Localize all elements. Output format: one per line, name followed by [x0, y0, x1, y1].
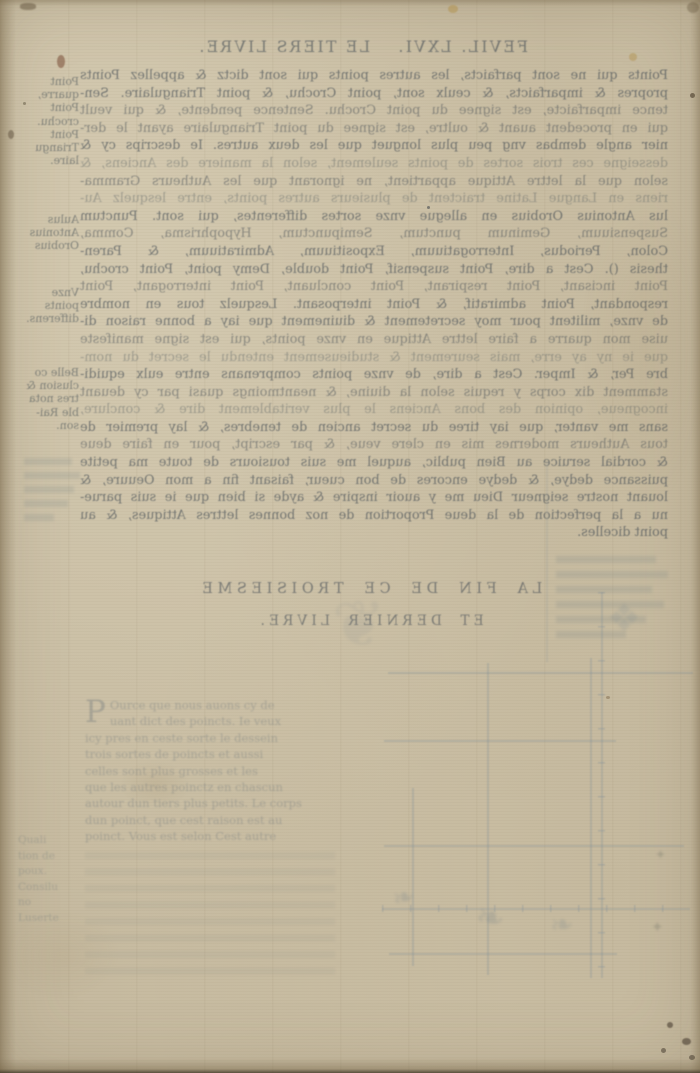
ghost-line: uant dict des poincts. Ie veux — [85, 713, 337, 729]
ghost-grid-line — [412, 788, 414, 966]
ghost-faded-lines — [85, 852, 335, 984]
small-ornament-icon: ✦ — [655, 848, 666, 863]
body-line: sans me vanter, que iay tiree du secret … — [80, 419, 668, 437]
ink-speck — [57, 55, 65, 68]
ink-speck — [448, 5, 458, 13]
body-line: nu a la perfection de la deue Proportion… — [80, 507, 668, 525]
ghost-grid-ruler — [601, 592, 603, 978]
ink-speck — [606, 696, 610, 699]
ghost-margin-fragments: Qualition depoux.ConsilunoLuserte — [18, 833, 88, 926]
folio-number: FEVIL. LXVI. — [396, 38, 528, 56]
margin-note-line: Triangu — [5, 141, 79, 154]
leaf-ornament-icon: ❧ — [473, 896, 508, 940]
paper-stain — [120, 760, 190, 808]
margin-note-line: Antonius — [5, 226, 79, 239]
body-line: desseigne ces trois sortes de points seu… — [80, 155, 668, 173]
ghost-fragment: Quali — [18, 833, 88, 849]
paper-stain — [0, 910, 120, 1000]
page-edge-left — [0, 0, 16, 1073]
ghost-drop-cap: P — [85, 698, 106, 726]
ghost-text-bar — [24, 472, 80, 479]
body-line: nier angle dembas vng peu plus longuet q… — [80, 137, 668, 155]
ghost-line: poinct. Vous est selon Cest autre — [85, 828, 337, 844]
margin-note-line: Point — [5, 101, 79, 114]
page-edge-shadow — [0, 1069, 700, 1073]
margin-note-group: Belle coclusion &tres notable Rai-son. — [5, 366, 79, 432]
ink-speck — [682, 1038, 691, 1045]
leaf-ornament-icon: ❧ — [549, 907, 575, 942]
ghost-text-bar — [24, 514, 54, 521]
margin-note-line: points — [5, 299, 79, 312]
ghost-grid-line — [388, 672, 693, 674]
body-line: tence imparfaicte, est signee du point C… — [80, 102, 668, 120]
ghost-grid-line — [384, 845, 684, 847]
body-line: puissance dedye, & dedye encores de bon … — [80, 472, 668, 490]
body-line: respondant, Point admiratif, & Point int… — [80, 296, 668, 314]
diamond-ornament-icon: ❖ — [607, 596, 641, 640]
ghost-grid-ruler — [382, 908, 690, 910]
ghost-fragment: no — [18, 895, 88, 911]
margin-note-line: Aulus — [5, 213, 79, 226]
ghost-paragraph-lines: Ource que nous auons cy deuant dict des … — [85, 697, 337, 845]
ghost-text-bar — [24, 458, 72, 465]
body-line: & cordial seruice au Bien public, auquel… — [80, 454, 668, 472]
fleuron-ornament-icon: ❦ — [332, 588, 386, 662]
margin-note-group: Vnzepointsdifferens. — [5, 286, 79, 326]
ghost-text-bar — [556, 571, 668, 578]
margin-note-line: Belle co — [5, 366, 79, 379]
ghost-line: que les autres poinctz en chascun — [85, 779, 337, 795]
small-ornament-icon: ✦ — [651, 918, 664, 936]
body-line: point dicelles. — [80, 524, 668, 542]
body-line: lus Antonius Orobius en allegue vnze sor… — [80, 208, 668, 226]
ghost-fragment: Luserte — [18, 911, 88, 927]
ghost-line: icy pres en ceste sorte le dessein — [85, 730, 337, 746]
body-line: propres & imparfaicts, & ceulx sont, poi… — [80, 85, 668, 103]
body-line: Suspensiuum, Geminum punctum, Semipunctu… — [80, 225, 668, 243]
ghost-text-bar — [24, 486, 74, 493]
body-line: bre Per, & Imper. Cest a dire, de vnze p… — [80, 366, 668, 384]
margin-note-line: Point — [5, 128, 79, 141]
body-line: Colon, Periodus, Interrogatiuum, Exposit… — [80, 243, 668, 261]
ink-speck — [661, 1048, 666, 1053]
margin-note-line: crochu. — [5, 115, 79, 128]
body-line: selon que la lettre Attique appartient, … — [80, 173, 668, 191]
margin-note-line: ble Rai- — [5, 406, 79, 419]
margin-note-line: Orobius — [5, 239, 79, 252]
page-edge-top — [0, 0, 700, 6]
ink-speck — [23, 102, 26, 105]
ink-speck — [427, 206, 430, 209]
body-line: qui en procedent auant & oultre, est sig… — [80, 120, 668, 138]
margin-note-line: son. — [5, 419, 79, 432]
ink-speck — [667, 1022, 673, 1028]
ghost-grid-line — [389, 953, 617, 955]
ghost-grid-line — [590, 658, 592, 978]
body-line: que ie ny ay erre, mais seurement & stud… — [80, 349, 668, 367]
ghost-fragment: tion de — [18, 849, 88, 865]
body-line: thesis (). Cest a dire, Point suspensif,… — [80, 261, 668, 279]
margin-note-line: Point — [5, 75, 79, 88]
ghost-line: celles sont plus grosses et les — [85, 763, 337, 779]
ghost-grid-line — [546, 462, 548, 662]
margin-note-line: differens. — [5, 312, 79, 325]
body-line: stamment dix corps y requis selon la diu… — [80, 384, 668, 402]
body-line: Point incisant, Point respirant, Point c… — [80, 278, 668, 296]
margin-note-group: AulusAntoniusOrobius — [5, 213, 79, 253]
margin-note-line: Vnze — [5, 286, 79, 299]
ghost-line: trois sortes de poincts et aussi — [85, 746, 337, 762]
margin-note-line: laire. — [5, 154, 79, 167]
ghost-line: autour dun tiers plus petits. Le corps — [85, 795, 337, 811]
margin-note-line: quarre, — [5, 88, 79, 101]
running-header: FEVIL. LXVI. LE TIERS LIVRE. — [0, 38, 700, 56]
page-edge-right — [691, 0, 700, 1073]
body-line: incogneue, opinion des bons Anciens le p… — [80, 401, 668, 419]
body-line: riens en Langue Latine traictent de plus… — [80, 190, 668, 208]
ghost-text-bar — [556, 556, 656, 563]
margin-note-group: Pointquarre,Pointcrochu.PointTriangulair… — [5, 75, 79, 167]
body-line: uise mon quarre a faire lettre Attique e… — [80, 331, 668, 349]
body-line: louant nostre seigneur Dieu me y auoir i… — [80, 489, 668, 507]
ghost-line: dun poinct, que cest raison est au — [85, 812, 337, 828]
ghost-line: Ource que nous auons cy de — [85, 697, 337, 713]
body-line: tous Autheurs modernes mis en clere veue… — [80, 436, 668, 454]
book-page-scan: FEVIL. LXVI. LE TIERS LIVRE. Points qui … — [0, 0, 700, 1073]
body-line: Points qui ne sont parfaicts, les autres… — [80, 67, 668, 85]
ghost-grid-line — [384, 740, 616, 742]
body-line: de vnze, militent pour moy secretement &… — [80, 313, 668, 331]
book-title: LE TIERS LIVRE. — [197, 38, 370, 56]
ghost-text-bar — [24, 500, 68, 507]
ghost-fragment: Consilu — [18, 880, 88, 896]
margin-note-line: tres nota — [5, 392, 79, 405]
ink-speck — [629, 53, 637, 61]
margin-note-line: clusion & — [5, 379, 79, 392]
paper-stain — [580, 180, 700, 510]
ghost-paragraph: P Ource que nous auons cy deuant dict de… — [85, 697, 337, 845]
body-text-block: Points qui ne sont parfaicts, les autres… — [80, 67, 668, 542]
ghost-fragment: poux. — [18, 864, 88, 880]
mirrored-showthrough-layer: FEVIL. LXVI. LE TIERS LIVRE. Points qui … — [0, 0, 700, 1073]
